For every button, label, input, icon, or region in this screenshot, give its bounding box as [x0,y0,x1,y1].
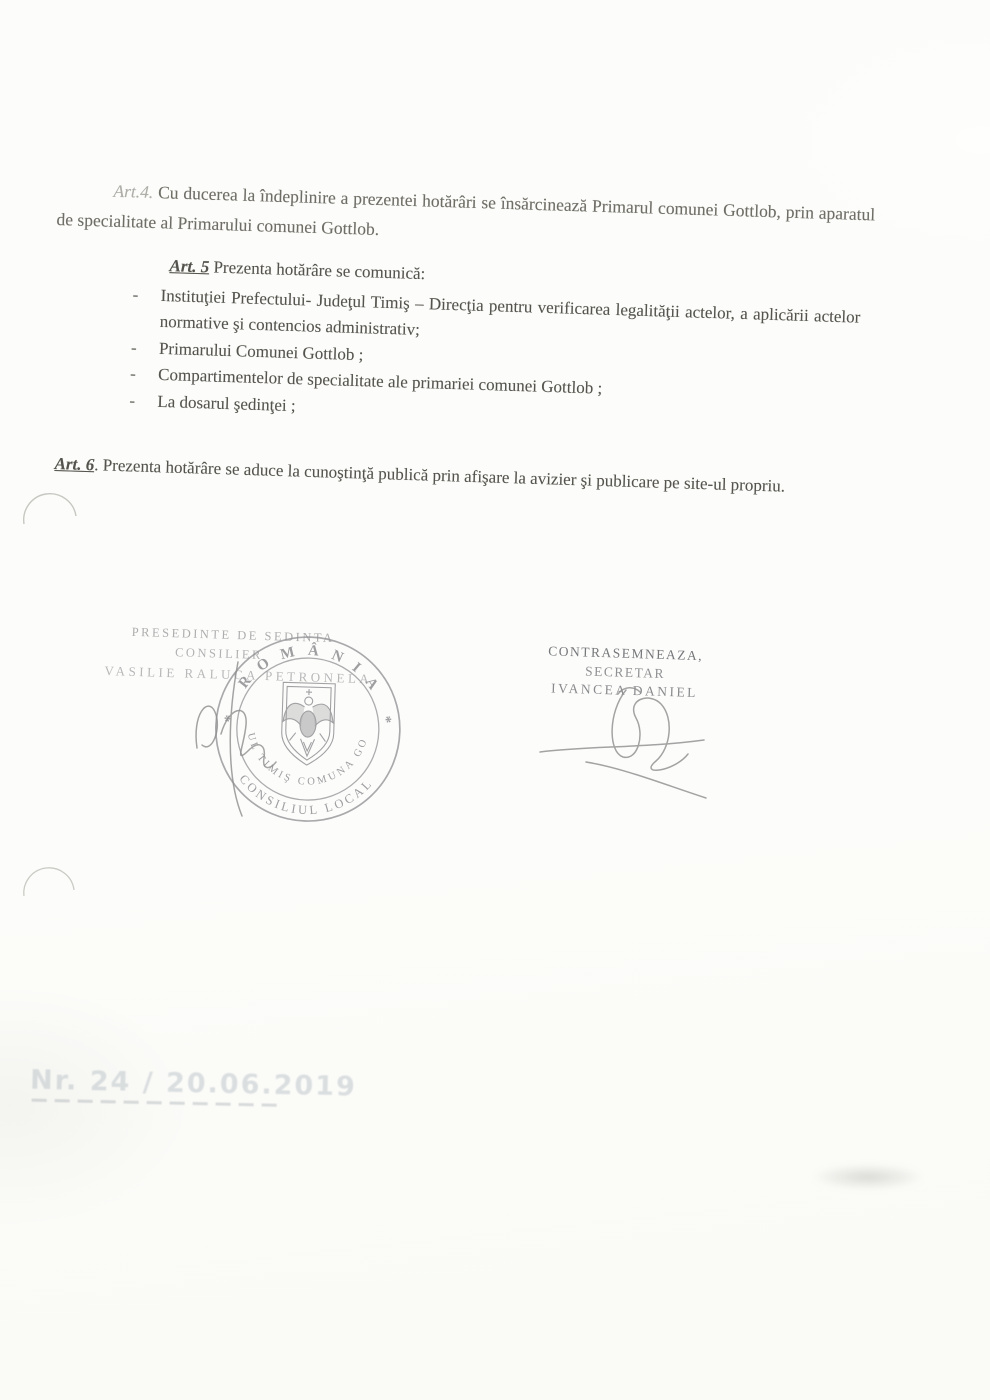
scanned-document-page: Art.4. Cu ducerea la îndeplinire a preze… [0,0,990,1400]
art4-text: Cu ducerea la îndeplinire a prezentei ho… [56,182,875,239]
secretary-handwritten-signature [528,684,728,814]
art6-label: Art. 6 [54,454,94,474]
registration-number-text: Nr. 24 / 20.06.2019 [30,1065,357,1103]
president-title: PRESEDINTE DE SEDINTA [131,625,334,646]
president-role: CONSILIER [175,645,263,663]
art5-intro-text: Prezenta hotărâre se comunică: [213,258,425,284]
art4-label: Art.4. [113,180,153,201]
punch-hole-mark-top [16,478,96,538]
registration-number-stamp: Nr. 24 / 20.06.2019 [30,1065,357,1108]
president-name: VASILIE RALUCA PETRONELA [104,663,372,687]
art5-distribution-list: Instituţiei Prefectului- Judeţul Timiş –… [127,281,861,436]
scan-smudge-mark [812,1164,924,1190]
punch-hole-mark-bottom [16,852,96,912]
art5-label: Art. 5 [169,256,209,276]
art4-paragraph: Art.4. Cu ducerea la îndeplinire a preze… [56,174,875,259]
art5-section: Art. 5 Prezenta hotărâre se comunică: In… [127,252,862,437]
art6-paragraph: Art. 6. Prezenta hotărâre se aduce la cu… [54,451,868,502]
art6-text: . Prezenta hotărâre se aduce la cunoştin… [94,455,785,495]
president-signature-block: PRESEDINTE DE SEDINTA CONSILIER VASILIE … [101,622,414,722]
